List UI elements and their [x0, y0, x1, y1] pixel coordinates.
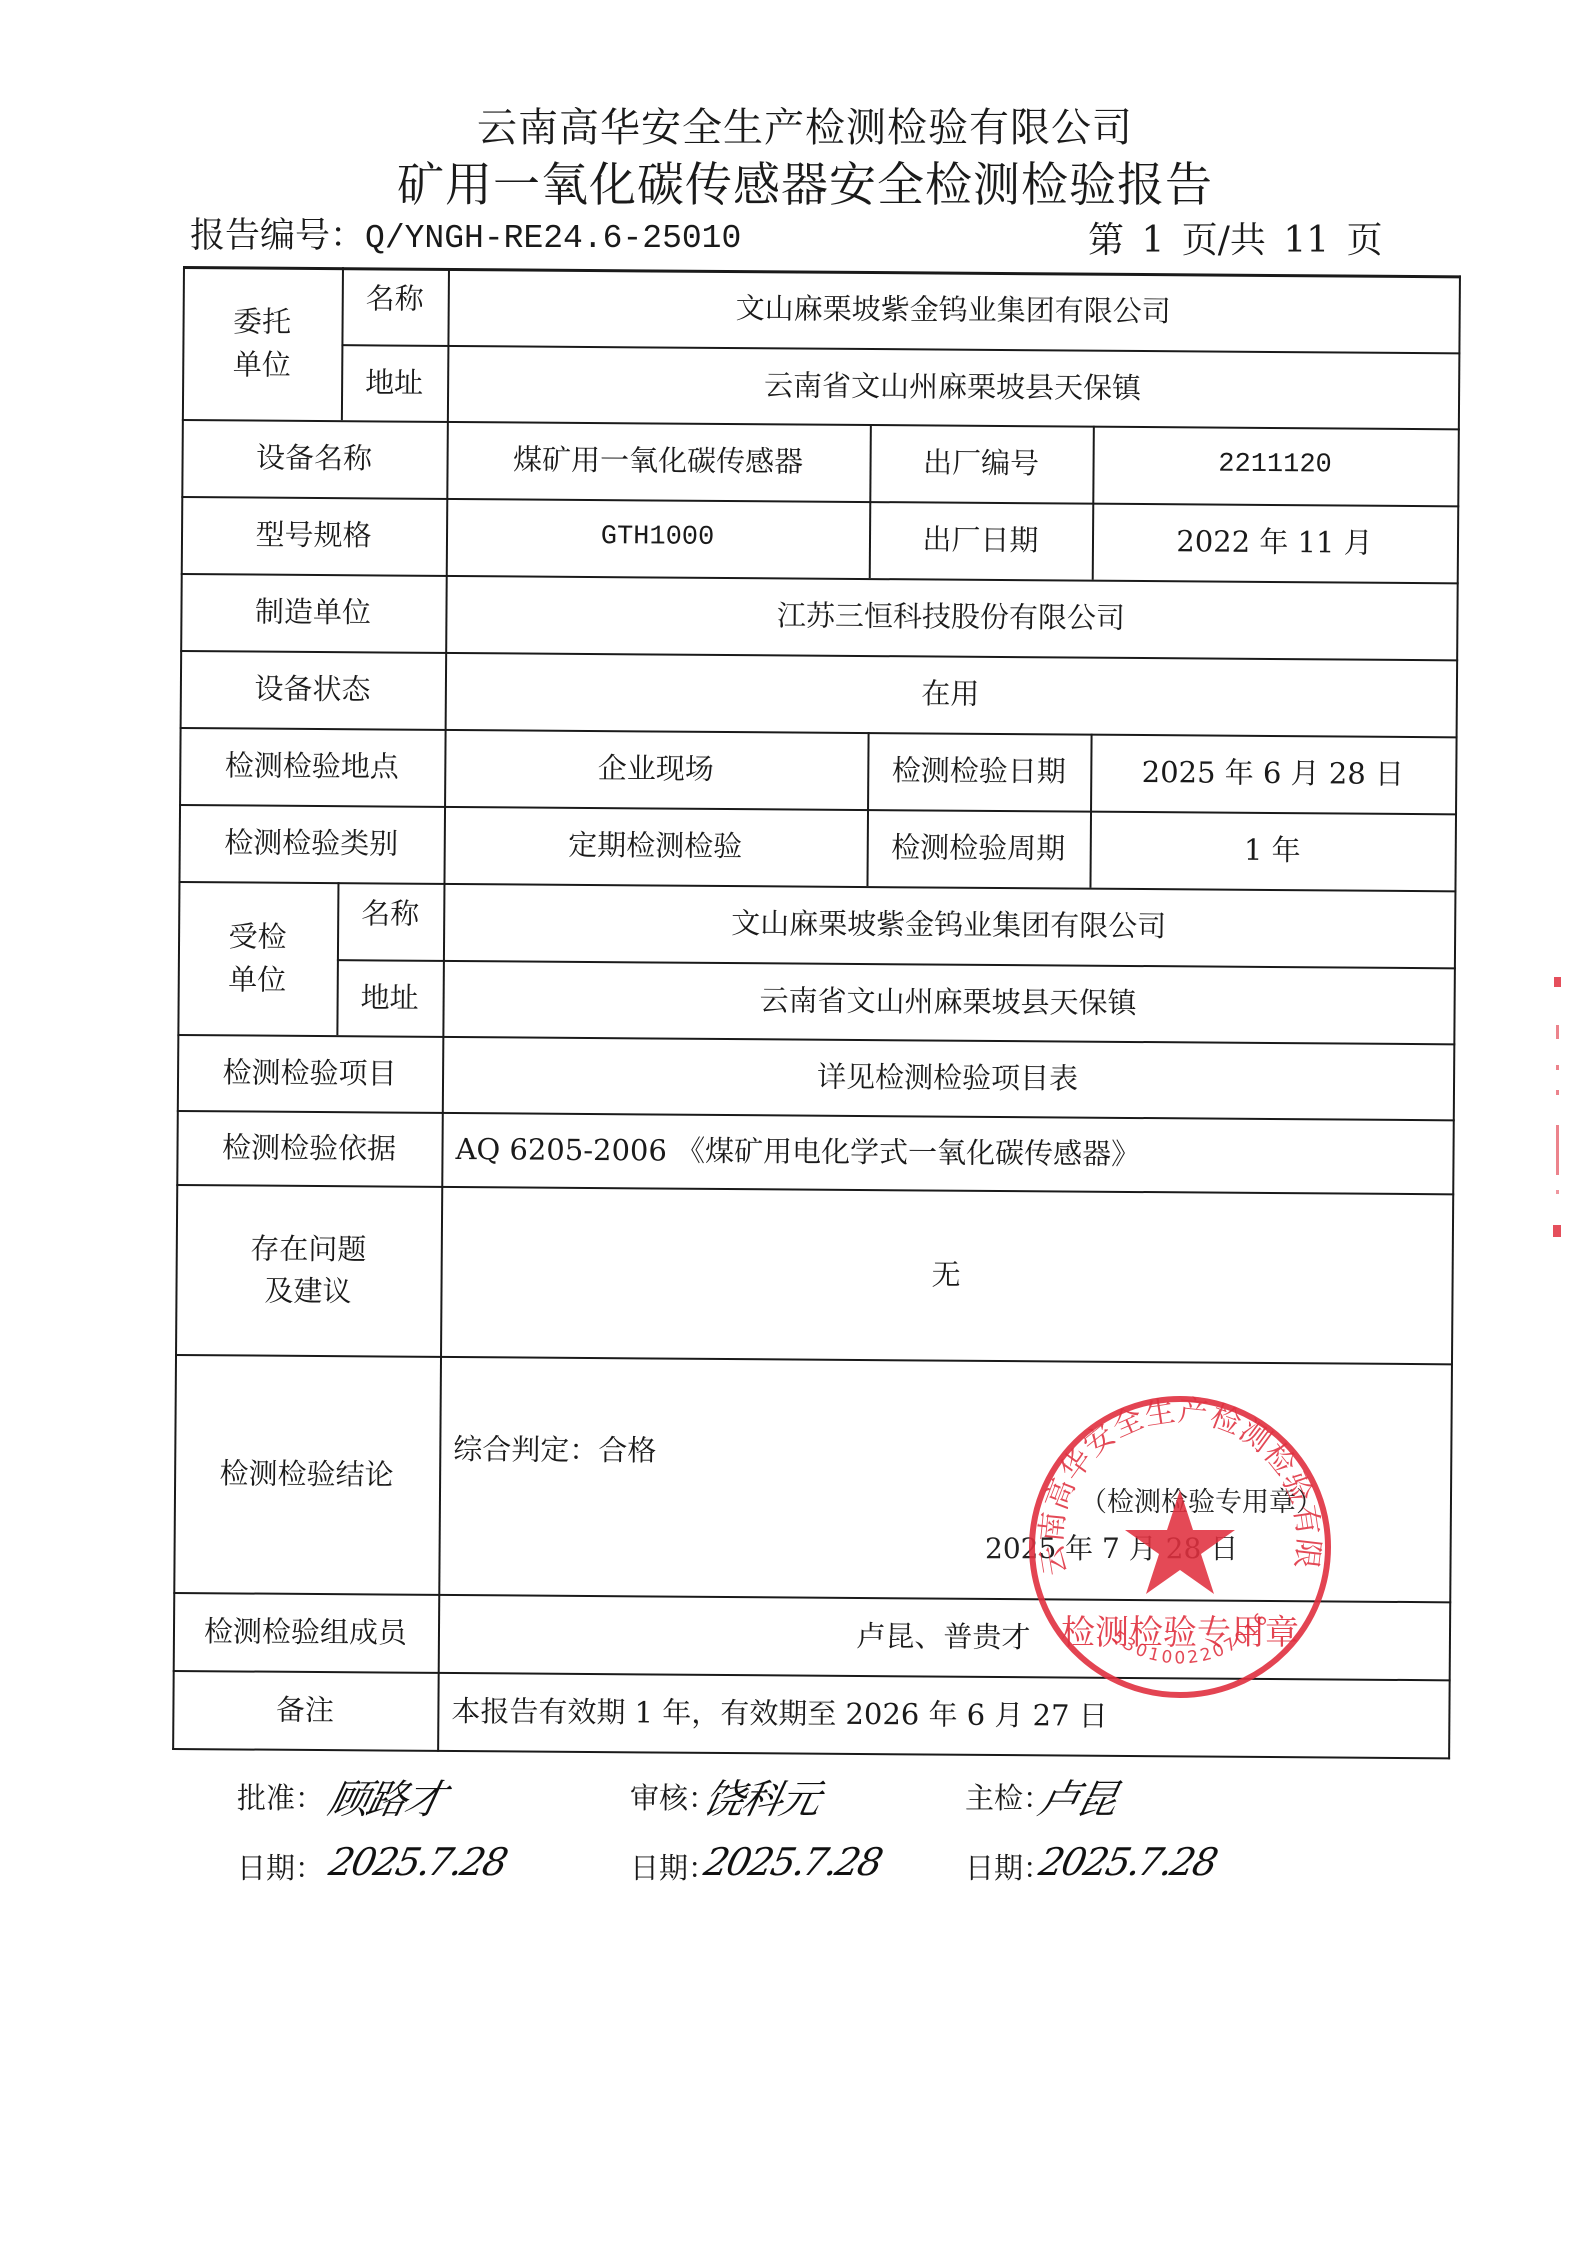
inspected-address: 云南省文山州麻栗坡县天保镇 [442, 960, 1454, 1043]
approve-date-label: 日期： [237, 1846, 324, 1887]
stamp-date: 2025 年 7 月 28 日 [985, 1527, 1238, 1567]
seam-stamp-fragment-icon [1548, 955, 1568, 1245]
items-label: 检测检验项目 [177, 1034, 443, 1112]
report-number-value: Q/YNGH-RE24.6-25010 [365, 220, 741, 257]
inspected-name: 文山麻栗坡紫金钨业集团有限公司 [443, 883, 1455, 967]
report-info-table: 委托 单位 名称 文山麻栗坡紫金钨业集团有限公司 地址 云南省文山州麻栗坡县天保… [172, 266, 1461, 1759]
status-label: 设备状态 [180, 650, 446, 729]
report-title: 矿用一氧化碳传感器安全检测检验报告 [0, 148, 1587, 215]
device-name-label: 设备名称 [181, 419, 447, 498]
inspection-items: 详见检测检验项目表 [442, 1036, 1454, 1119]
mfg-date-label: 出厂日期 [869, 501, 1093, 580]
category-label: 检测检验类别 [178, 804, 444, 883]
serial-number: 2211120 [1092, 426, 1458, 506]
device-name: 煤矿用一氧化碳传感器 [446, 421, 870, 501]
manufacturer-label: 制造单位 [180, 573, 446, 652]
category: 定期检测检验 [443, 806, 867, 886]
conclusion-label: 检测检验结论 [173, 1354, 440, 1594]
inspection-date-label: 检测检验日期 [867, 732, 1091, 811]
inspection-basis: AQ 6205-2006 《煤矿用电化学式一氧化碳传感器》 [441, 1112, 1453, 1193]
team-label: 检测检验组成员 [173, 1592, 439, 1672]
issues-label: 存在问题 及建议 [175, 1184, 441, 1356]
stamp-caption: （检测检验专用章） [1080, 1480, 1323, 1519]
inspection-team: 卢昆、普贵才 [438, 1594, 1450, 1679]
inspection-date: 2025 年 6 月 28 日 [1090, 734, 1456, 814]
approve-date: 2025.7.28 [325, 1840, 510, 1884]
page-indicator: 第 1 页/共 11 页 [1088, 212, 1383, 263]
basis-label: 检测检验依据 [176, 1110, 442, 1186]
remarks: 本报告有效期 1 年，有效期至 2026 年 6 月 27 日 [437, 1672, 1449, 1757]
chief-date: 2025.7.28 [1035, 1840, 1220, 1884]
client-group-label: 委托 单位 [182, 266, 342, 420]
model-label: 型号规格 [181, 496, 447, 575]
report-number: 报告编号：Q/YNGH-RE24.6-25010 [190, 208, 741, 258]
inspected-name-label: 名称 [337, 882, 444, 960]
client-name-label: 名称 [341, 267, 448, 345]
cycle-label: 检测检验周期 [866, 809, 1090, 888]
manufacturer: 江苏三恒科技股份有限公司 [445, 575, 1457, 659]
review-date: 2025.7.28 [700, 1840, 885, 1884]
device-status: 在用 [445, 652, 1457, 736]
approve-label: 批准： [237, 1776, 324, 1817]
remarks-label: 备注 [172, 1670, 438, 1750]
inspected-address-label: 地址 [336, 959, 443, 1036]
location-label: 检测检验地点 [179, 727, 445, 806]
conclusion: 综合判定：合格 [438, 1356, 1451, 1601]
report-number-label: 报告编号： [190, 216, 365, 256]
client-address: 云南省文山州麻栗坡县天保镇 [447, 345, 1459, 428]
location: 企业现场 [444, 729, 868, 809]
approve-signature: 顾路才 [324, 1768, 450, 1825]
client-name: 文山麻栗坡紫金钨业集团有限公司 [447, 268, 1459, 352]
client-address-label: 地址 [341, 344, 448, 421]
issues-suggestions: 无 [440, 1186, 1452, 1363]
inspection-cycle: 1 年 [1089, 811, 1455, 891]
serial-label: 出厂编号 [869, 424, 1093, 503]
review-signature: 饶科元 [699, 1768, 825, 1825]
company-name: 云南高华安全生产检测检验有限公司 [0, 96, 1587, 153]
chief-signature: 卢昆 [1034, 1768, 1122, 1825]
inspected-group-label: 受检 单位 [177, 881, 337, 1035]
mfg-date: 2022 年 11 月 [1092, 503, 1458, 583]
model: GTH1000 [446, 498, 870, 578]
